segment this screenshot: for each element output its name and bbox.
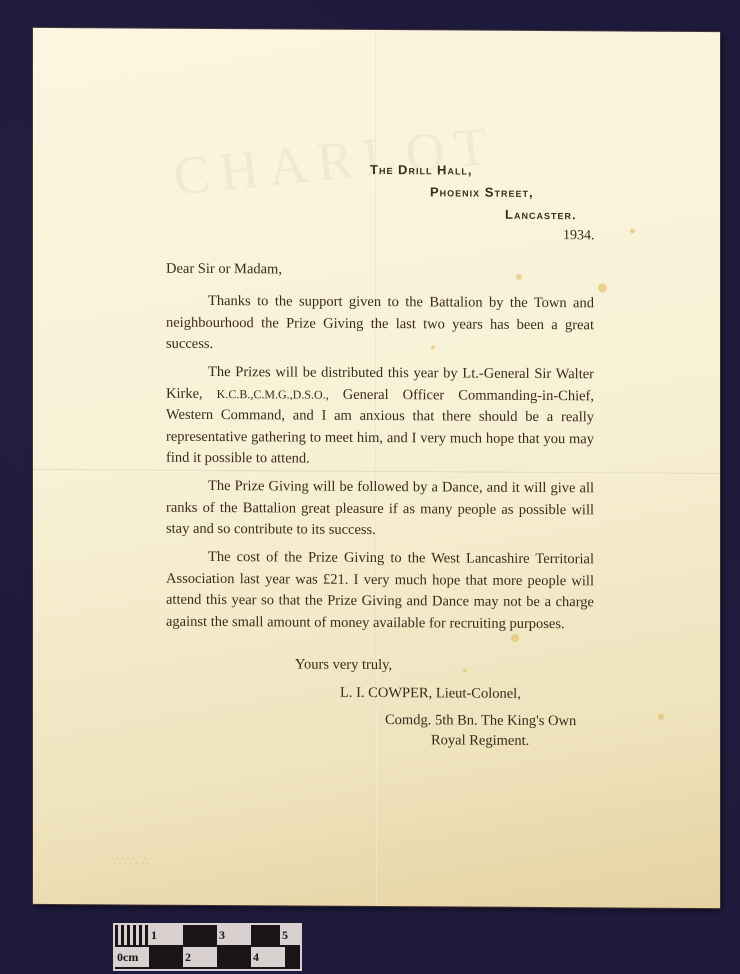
scale-block-dark (149, 947, 183, 967)
foxing-spot (511, 634, 519, 642)
scale-label-2: 2 (183, 947, 217, 967)
paragraph-4: The cost of the Prize Giving to the West… (166, 547, 594, 636)
letter-paper: CHARLOT ∴∵∴ ∴ The Drill Hall, Phoenix St… (33, 28, 720, 908)
foxing-spot (463, 669, 467, 673)
faint-stamp-mark: ∴∵∴ ∴ (113, 853, 149, 869)
scale-label-1: 1 (149, 925, 183, 945)
signatory-name: L. I. COWPER, Lieut-Colonel, (340, 685, 521, 703)
address-line-1: The Drill Hall, (370, 162, 473, 178)
scale-label-3: 3 (217, 925, 251, 945)
scale-block-dark (217, 947, 251, 967)
scale-block-dark (183, 925, 217, 945)
letter-date: 1934. (563, 228, 595, 244)
address-line-3: Lancaster. (505, 207, 577, 222)
scale-bar: 1 3 5 0cm 2 4 (113, 923, 302, 971)
address-line-2: Phoenix Street, (430, 184, 534, 200)
scale-label-5: 5 (280, 925, 300, 945)
foxing-spot (658, 714, 664, 720)
foxing-spot (598, 283, 607, 292)
signatory-title-line-2: Royal Regiment. (431, 732, 529, 750)
paragraph-2: The Prizes will be distributed this year… (166, 362, 594, 472)
scale-mm-ticks (115, 925, 149, 945)
paragraph-3: The Prize Giving will be followed by a D… (166, 476, 594, 543)
honours-postnominals: K.C.B.,C.M.G.,D.S.O., (217, 387, 329, 402)
signatory-title-line-1: Comdg. 5th Bn. The King's Own (385, 712, 576, 730)
scale-label-4: 4 (251, 947, 285, 967)
scale-unit-label: 0cm (115, 947, 149, 967)
paragraph-1: Thanks to the support given to the Batta… (166, 291, 594, 358)
foxing-spot (630, 229, 635, 234)
salutation: Dear Sir or Madam, (166, 261, 282, 279)
foxing-spot (516, 274, 522, 280)
complimentary-close: Yours very truly, (295, 657, 392, 675)
